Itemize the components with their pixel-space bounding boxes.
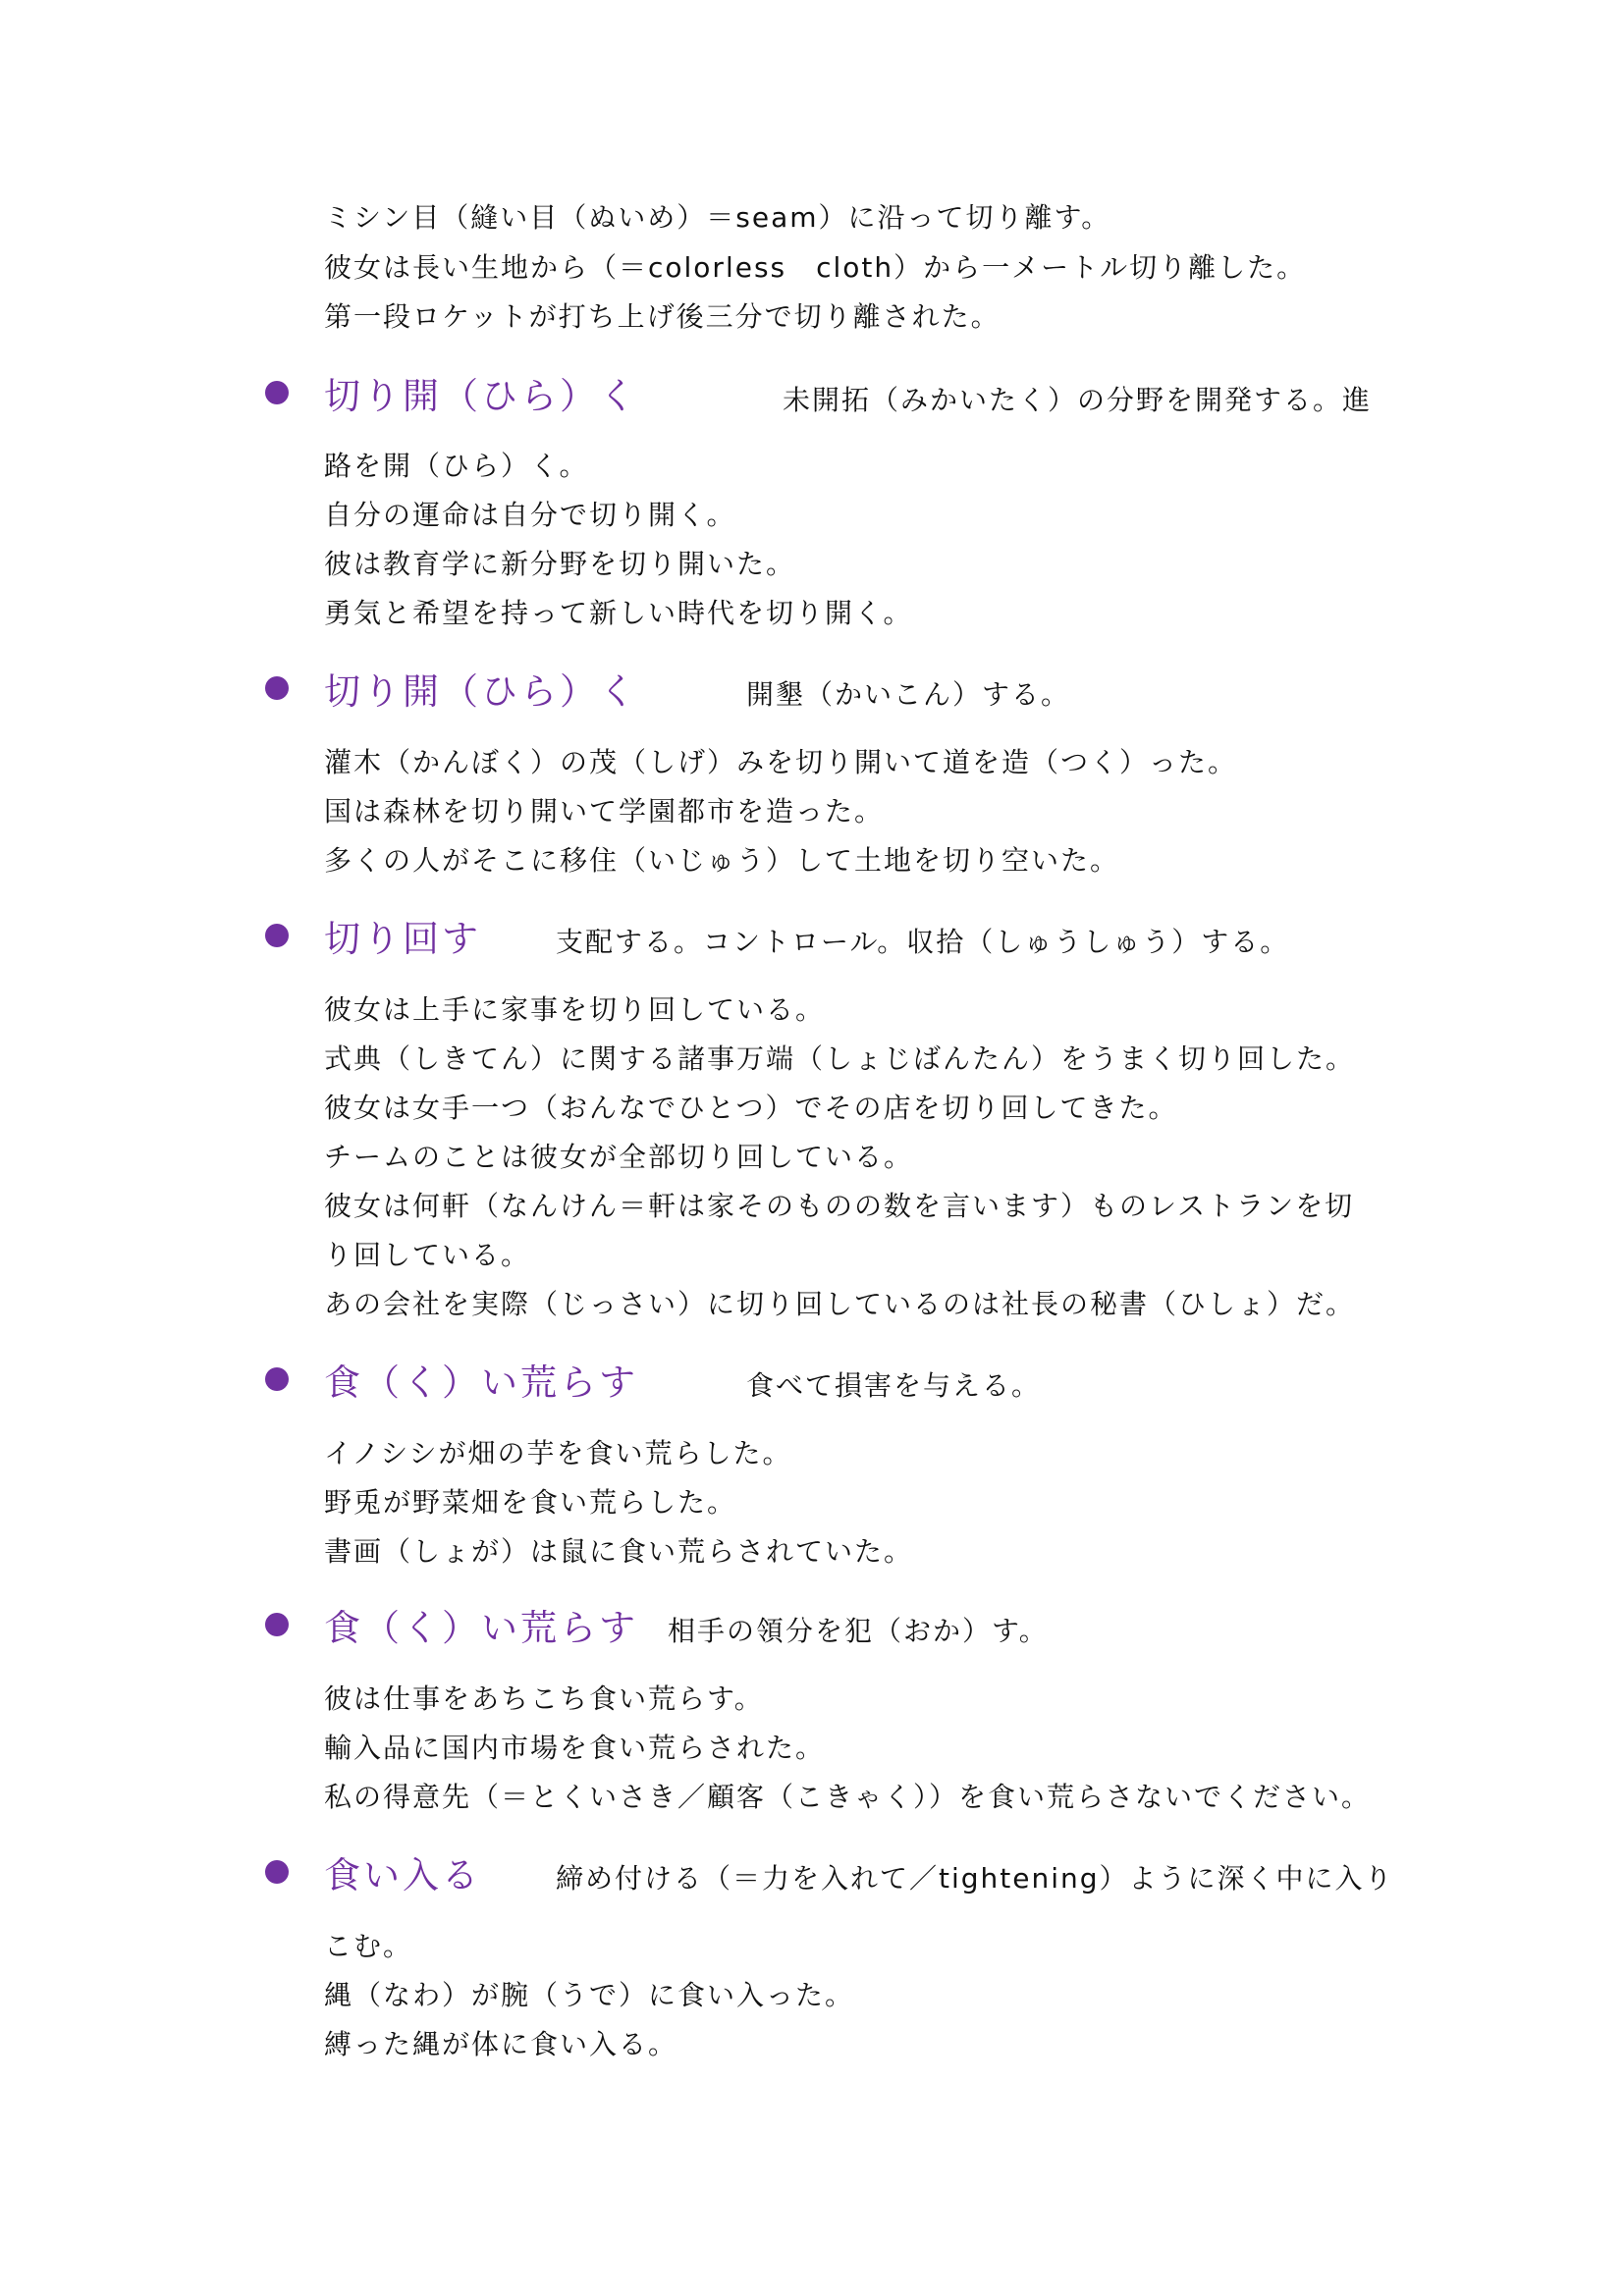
headword: 切り開（ひら）く	[324, 662, 638, 715]
example-line: あの会社を実際（じっさい）に切り回しているのは社長の秘書（ひしょ）だ。	[324, 1288, 1355, 1321]
example-line: 彼女は上手に家事を切り回している。	[324, 993, 825, 1027]
entry-heading: 食（く）い荒らす	[265, 1600, 638, 1649]
definition: 食べて損害を与える。	[746, 1364, 1041, 1404]
bullet-icon	[265, 1860, 289, 1884]
intro-line: 第一段ロケットが打ち上げ後三分で切り離された。	[324, 300, 1001, 334]
definition: 支配する。コントロール。収拾（しゅうしゅう）する。	[556, 921, 1289, 960]
example-line: 私の得意先（＝とくいさき／顧客（こきゃく））を食い荒らさないでください。	[324, 1781, 1371, 1814]
example-line: 彼は仕事をあちこち食い荒らす。	[324, 1682, 764, 1716]
example-line: 路を開（ひら）く。	[324, 450, 588, 483]
example-line: 書画（しょが）は鼠に食い荒らされていた。	[324, 1535, 913, 1569]
example-line: 縄（なわ）が腕（うで）に食い入った。	[324, 1979, 854, 2012]
definition: 未開拓（みかいたく）の分野を開発する。進	[783, 379, 1372, 418]
headword: 切り回す	[324, 909, 481, 962]
entry-heading: 切り回す	[265, 911, 481, 960]
example-line: 縛った縄が体に食い入る。	[324, 2028, 677, 2061]
example-line: 彼女は何軒（なんけん＝軒は家そのものの数を言います）ものレストランを切	[324, 1190, 1354, 1223]
example-line: こむ。	[324, 1930, 412, 1963]
example-line: り回している。	[324, 1239, 530, 1272]
example-line: 式典（しきてん）に関する諸事万端（しょじばんたん）をうまく切り回した。	[324, 1042, 1355, 1076]
bullet-icon	[265, 1367, 289, 1391]
bullet-icon	[265, 381, 289, 404]
example-line: 彼は教育学に新分野を切り開いた。	[324, 548, 795, 581]
example-line: 勇気と希望を持って新しい時代を切り開く。	[324, 597, 912, 630]
document-page: ミシン目（縫い目（ぬいめ）＝seam）に沿って切り離す。 彼女は長い生地から（＝…	[0, 0, 1624, 2296]
bullet-icon	[265, 924, 289, 947]
headword: 食い入る	[324, 1845, 481, 1898]
example-line: イノシシが畑の芋を食い荒らした。	[324, 1437, 792, 1470]
example-line: 国は森林を切り開いて学園都市を造った。	[324, 795, 884, 828]
example-line: 野兎が野菜畑を食い荒らした。	[324, 1486, 736, 1520]
bullet-icon	[265, 1613, 289, 1636]
entry-heading: 切り開（ひら）く	[265, 368, 638, 417]
example-line: 灌木（かんぼく）の茂（しげ）みを切り開いて道を造（つく）った。	[324, 746, 1237, 779]
bullet-icon	[265, 676, 289, 700]
definition: 締め付ける（＝力を入れて／tightening）ように深く中に入り	[556, 1857, 1394, 1896]
intro-line: 彼女は長い生地から（＝colorless cloth）から一メートル切り離した。	[324, 251, 1306, 285]
intro-line: ミシン目（縫い目（ぬいめ）＝seam）に沿って切り離す。	[324, 201, 1110, 235]
example-line: 多くの人がそこに移住（いじゅう）して土地を切り空いた。	[324, 844, 1119, 878]
example-line: 輸入品に国内市場を食い荒らされた。	[324, 1732, 825, 1765]
headword: 切り開（ひら）く	[324, 366, 638, 419]
entry-heading: 食（く）い荒らす	[265, 1355, 638, 1404]
headword: 食（く）い荒らす	[324, 1598, 638, 1651]
headword: 食（く）い荒らす	[324, 1353, 638, 1406]
entry-heading: 食い入る	[265, 1847, 481, 1896]
example-line: 自分の運命は自分で切り開く。	[324, 499, 735, 532]
entry-heading: 切り開（ひら）く	[265, 664, 638, 713]
example-line: 彼女は女手一つ（おんなでひとつ）でその店を切り回してきた。	[324, 1092, 1177, 1125]
example-line: チームのことは彼女が全部切り回している。	[324, 1141, 913, 1174]
definition: 相手の領分を犯（おか）す。	[668, 1610, 1049, 1649]
definition: 開墾（かいこん）する。	[746, 673, 1070, 713]
